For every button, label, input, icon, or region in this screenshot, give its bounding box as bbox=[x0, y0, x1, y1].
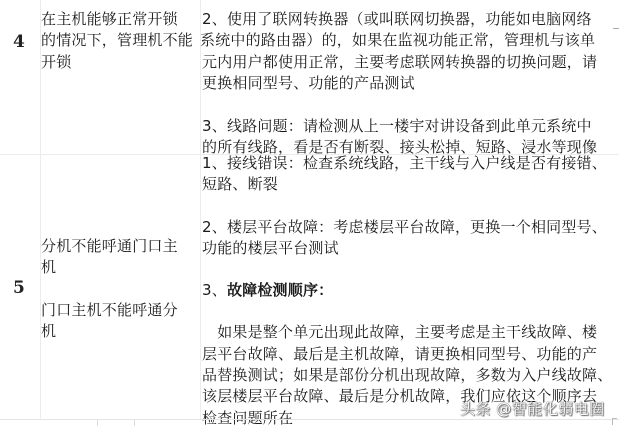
solution-line: 层平台故障、最后是主机故障，请更换相同型号、功能的产 bbox=[202, 344, 612, 365]
section-heading: 3、故障检测顺序： bbox=[202, 280, 612, 301]
solution-line: 系统中的路由器）的，如果在监视功能正常，管理机与该单 bbox=[200, 30, 597, 51]
bottom-border bbox=[0, 419, 619, 420]
troubleshooting-table: 4 在主机能够正常开锁 的情况下，管理机不能 开锁 2、使用了联网转换器（或叫联… bbox=[0, 0, 619, 426]
symptom-line: 机 bbox=[41, 321, 178, 342]
symptom-line: 机 bbox=[41, 257, 178, 278]
solution-line: 2、楼层平台故障：考虑楼层平台故障，更换一个相同型号、 bbox=[202, 217, 612, 238]
watermark: 头条 @智能化弱电圈 bbox=[460, 398, 605, 419]
solution-line: 品替换测试；如果是部份分机出现故障，多数为入户线故障、 bbox=[202, 365, 612, 386]
edge-mark bbox=[613, 28, 619, 29]
solution-line: 更换相同型号、功能的产品测试 bbox=[202, 73, 597, 94]
sheet-tab-marker bbox=[97, 419, 135, 426]
solution-line: 1、接线错误：检查系统线路，主干线与入户线是否有接错、 bbox=[202, 153, 612, 174]
symptom-line: 门口主机不能呼通分 bbox=[41, 300, 178, 321]
solution-cell: 2、使用了联网转换器（或叫联网切换器，功能如电脑网络 系统中的路由器）的，如果在… bbox=[202, 9, 597, 159]
resize-corner-icon bbox=[612, 418, 617, 425]
row-number: 5 bbox=[13, 278, 25, 298]
symptom-cell: 分机不能呼通门口主 机 门口主机不能呼通分 机 bbox=[41, 236, 178, 342]
symptom-line: 的情况下，管理机不能 bbox=[41, 30, 193, 51]
solution-line: 元内用户都使用正常，主要考虑联网转换器的切换问题，请 bbox=[202, 52, 597, 73]
row-number: 4 bbox=[13, 32, 25, 52]
symptom-line: 分机不能呼通门口主 bbox=[41, 236, 178, 257]
symptom-cell: 在主机能够正常开锁 的情况下，管理机不能 开锁 bbox=[41, 9, 193, 73]
solution-line: 功能的楼层平台测试 bbox=[202, 238, 612, 259]
symptom-line: 在主机能够正常开锁 bbox=[41, 9, 193, 30]
symptom-line: 开锁 bbox=[41, 52, 193, 73]
solution-line: 3、线路问题：请检测从上一楼宇对讲设备到此单元系统中 bbox=[202, 116, 597, 137]
column-divider bbox=[200, 0, 201, 420]
solution-cell: 1、接线错误：检查系统线路，主干线与入户线是否有接错、 短路、断裂 2、楼层平台… bbox=[202, 153, 612, 426]
solution-line: 2、使用了联网转换器（或叫联网切换器，功能如电脑网络 bbox=[202, 9, 597, 30]
solution-line: 如果是整个单元出现此故障，主要考虑是主干线故障、楼 bbox=[202, 322, 612, 343]
solution-line: 短路、断裂 bbox=[202, 174, 612, 195]
